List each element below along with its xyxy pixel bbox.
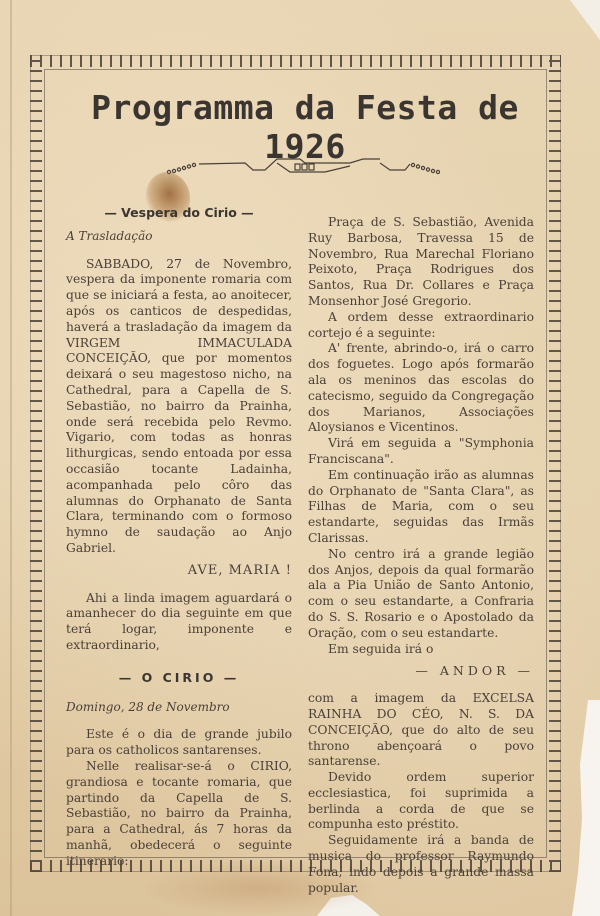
paragraph: Praça de S. Sebastião, Avenida Ruy Barbo… — [308, 215, 534, 310]
paragraph: Seguidamente irá a banda de musica do pr… — [308, 833, 534, 896]
paragraph: A ordem desse extraordinario cortejo é a… — [308, 310, 534, 342]
andor-heading: — ANDOR — — [308, 663, 534, 679]
paragraph: Devido ordem superior ecclesiastica, foi… — [308, 770, 534, 833]
paragraph: Nelle realisar-se-á o CIRIO, grandiosa e… — [66, 759, 292, 870]
left-column: — Vespera do Cirio — A Trasladação SABBA… — [66, 205, 292, 869]
subheading-trasladacao: A Trasladação — [66, 229, 292, 245]
paragraph: Em seguida irá o — [308, 642, 534, 658]
exclamation-ave-maria: AVE, MARIA ! — [66, 563, 292, 579]
paper-fold-line — [10, 0, 12, 916]
paragraph: Ahi a linda imagem aguardará o amanhecer… — [66, 591, 292, 654]
section-heading-cirio: — O CIRIO — — [66, 670, 292, 686]
date-line: Domingo, 28 de Novembro — [66, 700, 292, 716]
paragraph: No centro irá a grande legião dos Anjos,… — [308, 547, 534, 642]
paragraph: A' frente, abrindo-o, irá o carro dos fo… — [308, 341, 534, 436]
decorative-divider-icon — [165, 152, 440, 180]
paragraph: Virá em seguida a "Symphonia Franciscana… — [308, 436, 534, 468]
paragraph: com a imagem da EXCELSA RAINHA DO CÉO, N… — [308, 691, 534, 770]
right-column: Praça de S. Sebastião, Avenida Ruy Barbo… — [308, 215, 534, 896]
paragraph: Este é o dia de grande jubilo para os ca… — [66, 727, 292, 759]
paragraph: Em continuação irão as alumnas do Orphan… — [308, 468, 534, 547]
paragraph: SABBADO, 27 de Novembro, vespera da impo… — [66, 257, 292, 557]
section-heading-vespera: — Vespera do Cirio — — [66, 205, 292, 221]
